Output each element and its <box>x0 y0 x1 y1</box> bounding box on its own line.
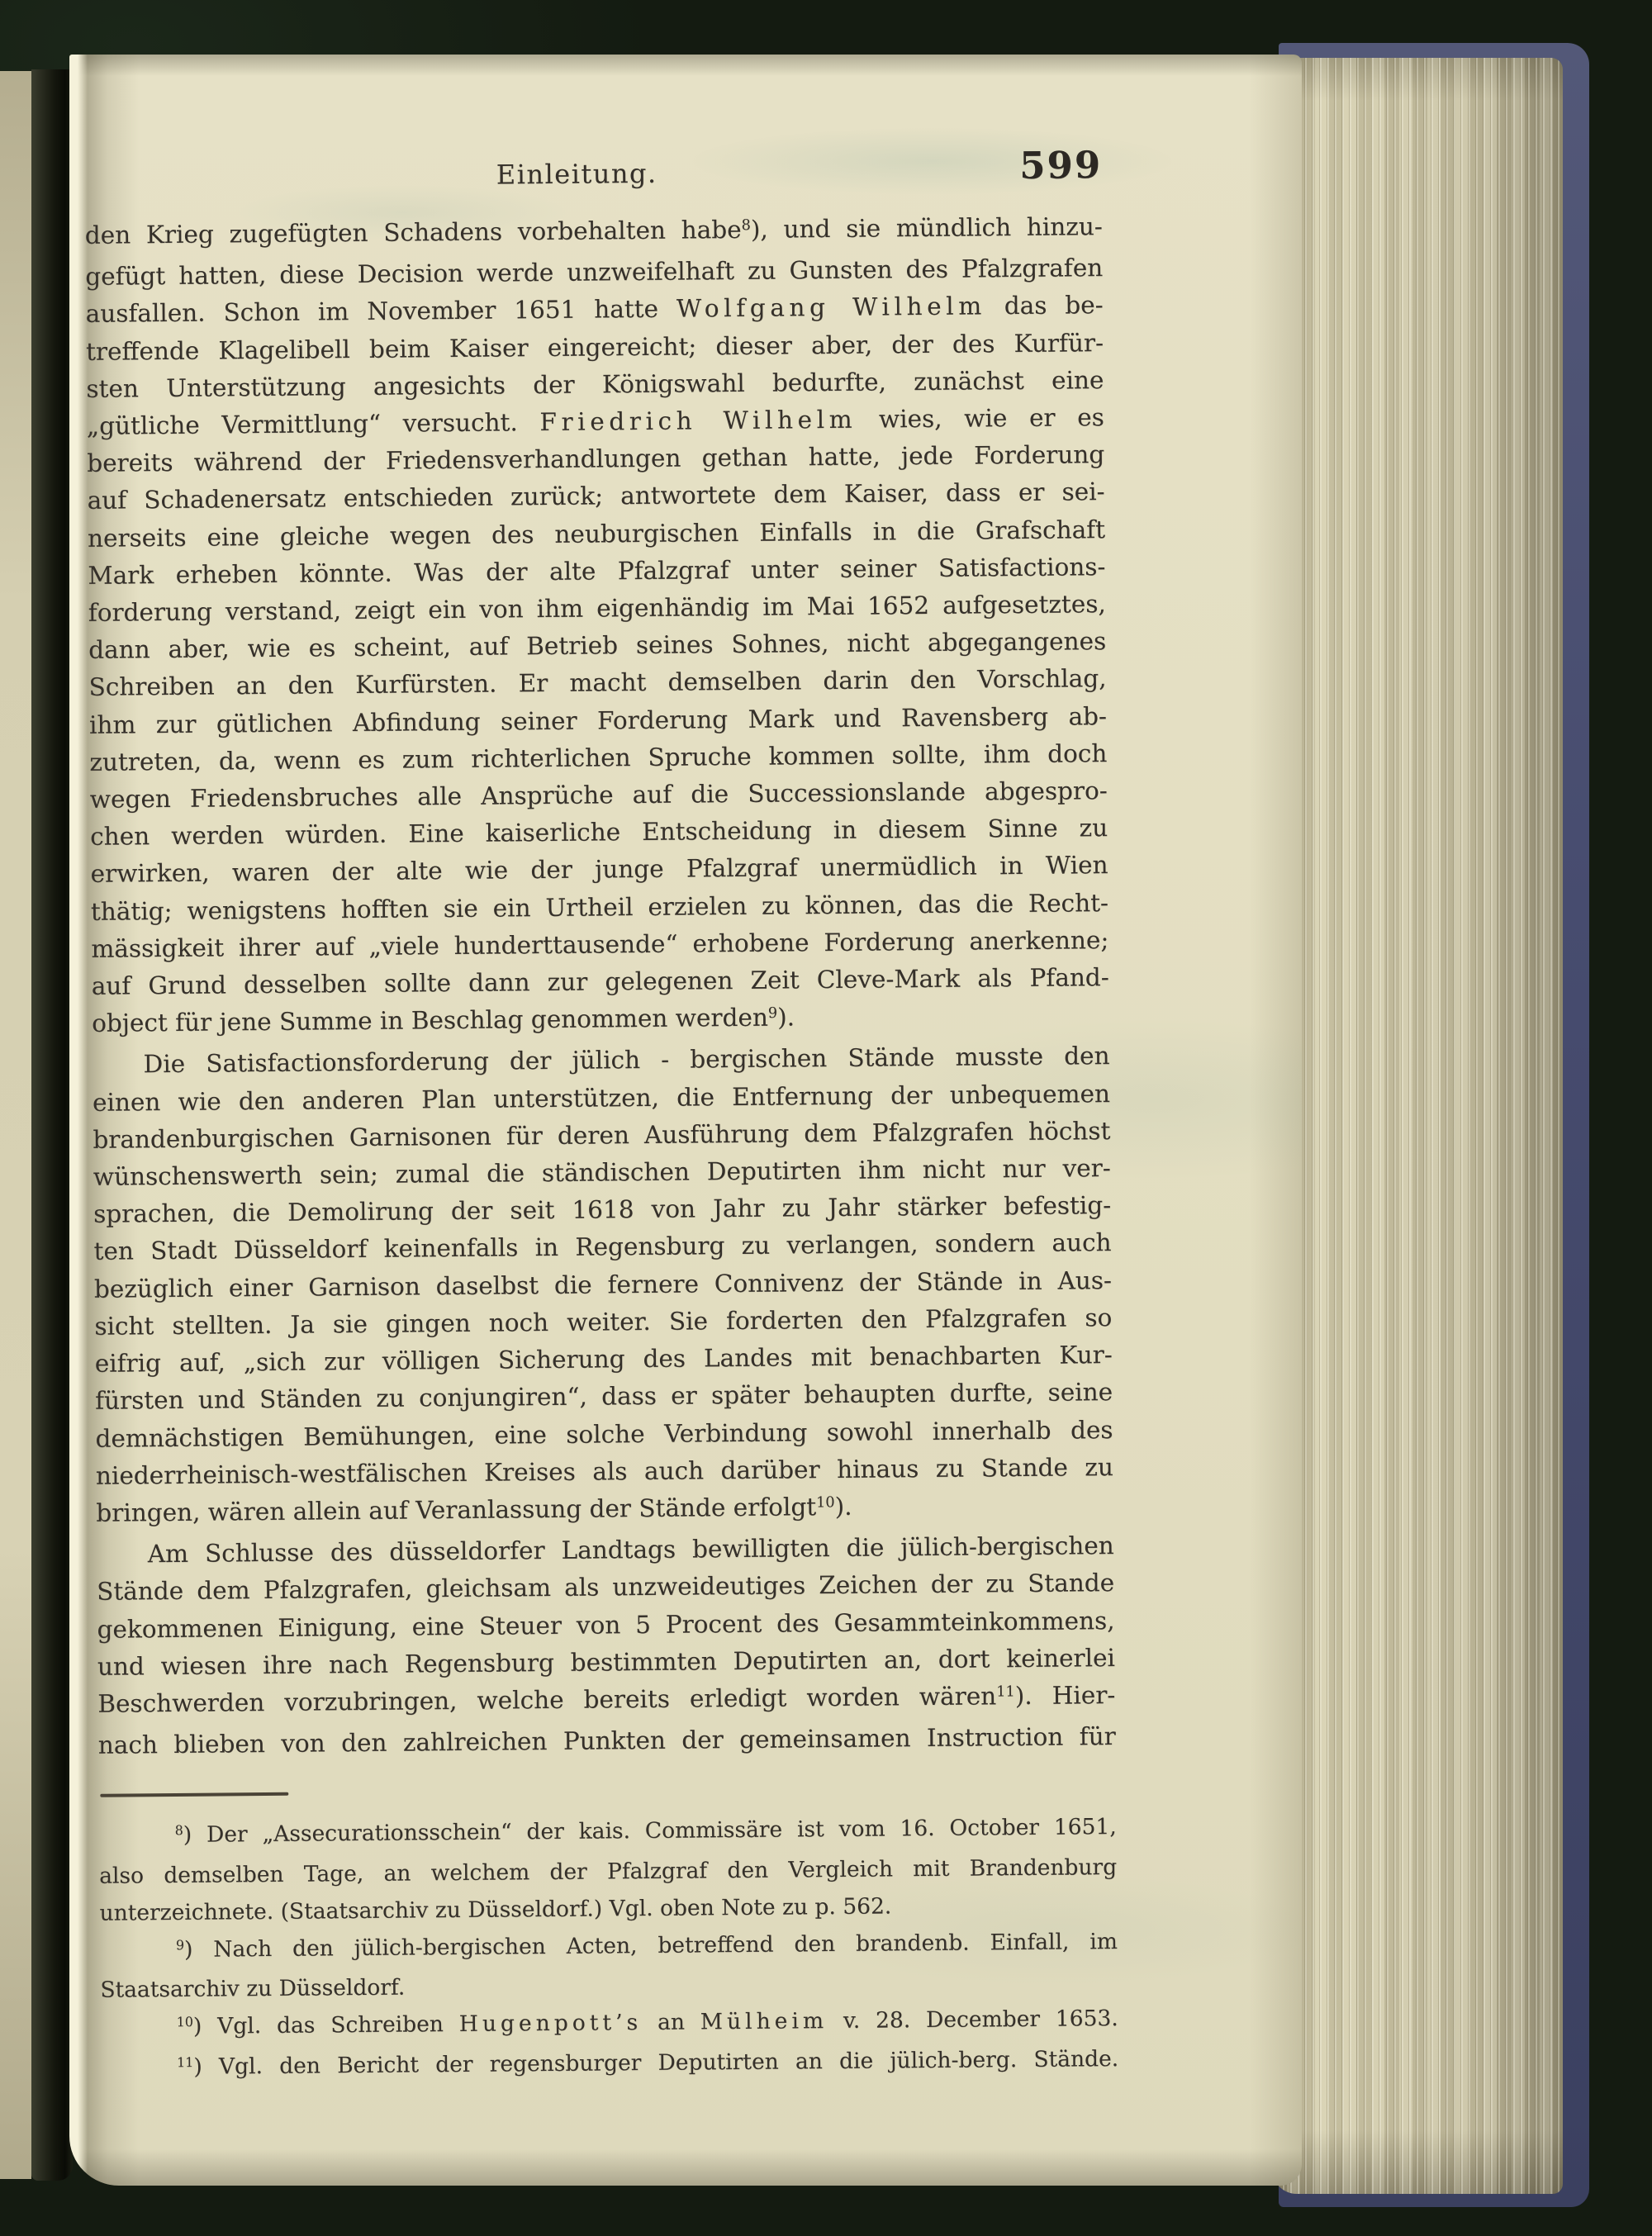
footnote-marker: 9 <box>138 1926 185 1964</box>
text-line: nach blieben von den zahlreichen Punkten… <box>98 1718 1116 1764</box>
footnote-9: 9) Nach den jülich-bergischen Acten, bet… <box>100 1923 1118 2009</box>
footnote-marker: 10 <box>139 2003 194 2041</box>
scanned-book-photo: Einleitung. 599 den Krieg zugefügten Sch… <box>0 0 1652 2236</box>
page-content: Einleitung. 599 den Krieg zugefügten Sch… <box>84 149 1118 2088</box>
footnote-8: 8) Der „Assecurationsschein“ der kais. C… <box>99 1808 1118 1931</box>
footnote-marker: 8 <box>741 207 751 244</box>
footnote-marker: 8 <box>136 1811 183 1849</box>
footnote-marker: 9 <box>768 995 778 1033</box>
page-number: 599 <box>1019 143 1102 188</box>
running-header-title: Einleitung. <box>84 154 1069 193</box>
footnote-marker: 11 <box>139 2044 194 2082</box>
gutter-shadow <box>31 69 73 2181</box>
paragraph-2: Die Satisfactionsforderung der jülich - … <box>92 1038 1113 1536</box>
footnote-marker: 10 <box>816 1484 835 1522</box>
page-header: Einleitung. 599 <box>84 149 1102 199</box>
footnotes: 8) Der „Assecurationsschein“ der kais. C… <box>99 1808 1119 2088</box>
paragraph-3: Am Schlusse des düsseldorfer Landtags be… <box>97 1527 1116 1764</box>
paragraph-1: den Krieg zugefügten Schadens vorbehalte… <box>85 208 1110 1047</box>
footnote-marker: 11 <box>996 1673 1015 1711</box>
page-fore-edges <box>1272 58 1563 2194</box>
facing-page-edge <box>0 71 31 2179</box>
footnote-separator-rule <box>100 1792 288 1797</box>
body-text: den Krieg zugefügten Schadens vorbehalte… <box>85 208 1116 1764</box>
